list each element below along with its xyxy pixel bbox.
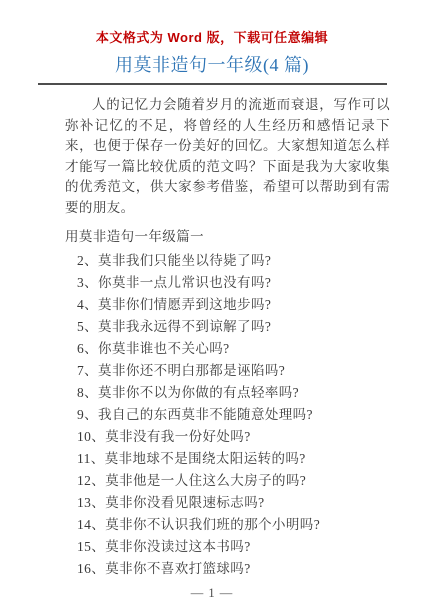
section-heading: 用莫非造句一年级篇一 (65, 227, 390, 248)
list-item: 16、莫非你不喜欢打篮球吗? (77, 558, 394, 580)
page-number: — 1 — (0, 585, 424, 600)
sentence-list: 2、莫非我们只能坐以待毙了吗?3、你莫非一点儿常识也没有吗?4、莫非你们情愿弄到… (77, 250, 394, 580)
format-notice: 本文格式为 Word 版，下载可任意编辑 (0, 29, 424, 46)
list-item: 13、莫非你没看见限速标志吗? (77, 492, 394, 514)
list-item: 6、你莫非谁也不关心吗? (77, 338, 394, 360)
list-item: 5、莫非我永远得不到谅解了吗? (77, 316, 394, 338)
list-item: 4、莫非你们情愿弄到这地步吗? (77, 294, 394, 316)
list-item: 8、莫非你不以为你做的有点轻率吗? (77, 382, 394, 404)
list-item: 11、莫非地球不是围绕太阳运转的吗? (77, 448, 394, 470)
list-item: 14、莫非你不认识我们班的那个小明吗? (77, 514, 394, 536)
list-item: 7、莫非你还不明白那都是诬陷吗? (77, 360, 394, 382)
list-item: 12、莫非他是一人住这么大房子的吗? (77, 470, 394, 492)
list-item: 9、我自己的东西莫非不能随意处理吗? (77, 404, 394, 426)
list-item: 3、你莫非一点儿常识也没有吗? (77, 272, 394, 294)
document-page: 本文格式为 Word 版，下载可任意编辑 用莫非造句一年级(4 篇) 人的记忆力… (0, 0, 424, 600)
list-item: 15、莫非你没读过这本书吗? (77, 536, 394, 558)
doc-title: 用莫非造句一年级(4 篇) (0, 53, 424, 77)
title-divider (38, 83, 387, 85)
intro-paragraph: 人的记忆力会随着岁月的流逝而衰退，写作可以弥补记忆的不足，将曾经的人生经历和感悟… (65, 95, 390, 218)
list-item: 10、莫非没有我一份好处吗? (77, 426, 394, 448)
list-item: 2、莫非我们只能坐以待毙了吗? (77, 250, 394, 272)
